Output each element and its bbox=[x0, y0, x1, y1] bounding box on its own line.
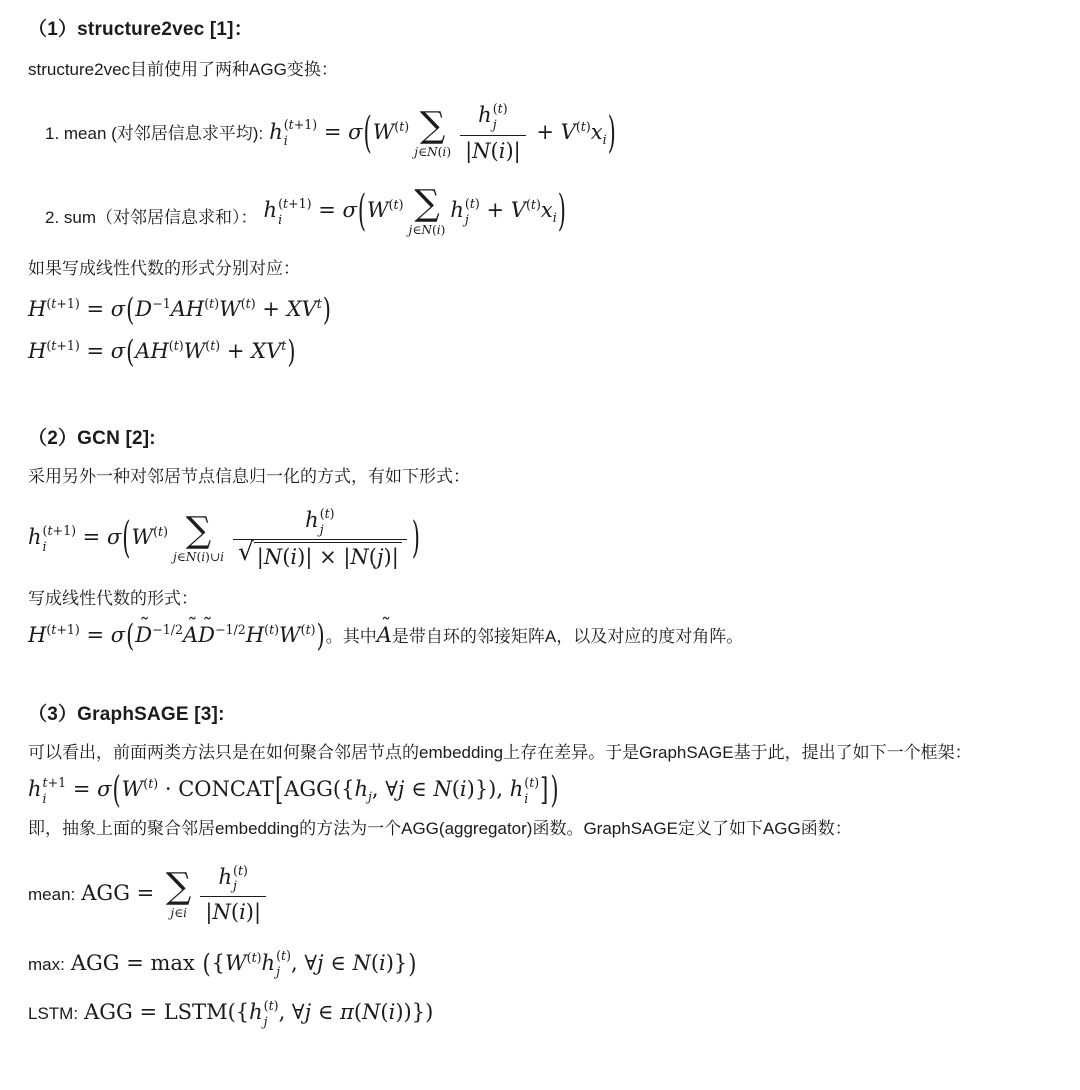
section-2-intro: 采用另外一种对邻居节点信息归一化的方式，有如下形式： bbox=[28, 464, 1050, 490]
formula-row-gcn: h(t+1)i = σ(W(t)∑j∈N(i)∪ih(t)j√|N(i)| × … bbox=[28, 498, 1050, 580]
formula-gcn-linear: H(t+1) = σ(D˜−1/2A˜D˜−1/2H(t)W(t)) bbox=[28, 623, 326, 647]
formula-linear-mean: H(t+1) = σ(D−1AH(t)W(t) + XVt) bbox=[28, 297, 332, 321]
formula-row-agg-mean: mean:AGG = ∑j∈ih(t)j|N(i)| bbox=[28, 855, 1050, 935]
formula-row-linear-sum: H(t+1) = σ(AH(t)W(t) + XVt) bbox=[28, 335, 1050, 367]
formula-agg-mean: AGG = ∑j∈ih(t)j|N(i)| bbox=[81, 881, 270, 905]
formula-gcn: h(t+1)i = σ(W(t)∑j∈N(i)∪ih(t)j√|N(i)| × … bbox=[28, 525, 421, 549]
section-3-paragraph-2: 即，抽象上面的聚合邻居embedding的方法为一个AGG(aggregator… bbox=[28, 816, 1050, 842]
formula-row-agg-max: max:AGG = max ({W(t)h(t)j, ∀j ∈ N(i)}) bbox=[28, 944, 1050, 983]
formula-agg-max: AGG = max ({W(t)h(t)j, ∀j ∈ N(i)}) bbox=[71, 951, 418, 975]
section-3-intro: 可以看出，前面两类方法只是在如何聚合邻居节点的embedding上存在差异。于是… bbox=[28, 736, 1050, 771]
formula-row-mean: 1. mean (对邻居信息求平均):h(t+1)i = σ(W(t)∑j∈N(… bbox=[45, 93, 1050, 173]
item-label-mean: 1. mean (对邻居信息求平均): bbox=[45, 124, 263, 143]
agg-label-lstm: LSTM: bbox=[28, 1004, 78, 1023]
formula-sum: h(t+1)i = σ(W(t)∑j∈N(i)h(t)j + V(t)xi) bbox=[264, 187, 567, 236]
agg-label-mean: mean: bbox=[28, 885, 75, 904]
document: （1）structure2vec [1]： structure2vec目前使用了… bbox=[0, 0, 1080, 1090]
section-1-heading: （1）structure2vec [1]： bbox=[28, 14, 1050, 41]
section-3-heading: （3）GraphSAGE [3]: bbox=[28, 699, 1050, 726]
formula-row-agg-lstm: LSTM:AGG = LSTM({h(t)j, ∀j ∈ π(N(i))}) bbox=[28, 994, 1050, 1033]
section-2-heading: （2）GCN [2]: bbox=[28, 423, 1050, 450]
formula-row-sum: 2. sum（对邻居信息求和）：h(t+1)i = σ(W(t)∑j∈N(i)h… bbox=[45, 179, 1050, 244]
gcn-linear-note: 。其中A˜是带自环的邻接矩阵A，以及对应的度对角阵。 bbox=[326, 627, 744, 646]
section-1-linalg-intro: 如果写成线性代数的形式分别对应： bbox=[28, 256, 1050, 282]
item-label-sum: 2. sum（对邻居信息求和）： bbox=[45, 208, 258, 227]
section-1-intro: structure2vec目前使用了两种AGG变换： bbox=[28, 57, 1050, 83]
formula-agg-lstm: AGG = LSTM({h(t)j, ∀j ∈ π(N(i))}) bbox=[84, 1000, 433, 1024]
formula-linear-sum: H(t+1) = σ(AH(t)W(t) + XVt) bbox=[28, 339, 297, 363]
agg-label-max: max: bbox=[28, 955, 65, 974]
formula-mean: h(t+1)i = σ(W(t)∑j∈N(i)h(t)j|N(i)| + V(t… bbox=[269, 120, 617, 144]
formula-row-linear-mean: H(t+1) = σ(D−1AH(t)W(t) + XVt) bbox=[28, 293, 1050, 325]
section-2-linalg-intro: 写成线性代数的形式： bbox=[28, 586, 1050, 612]
formula-graphsage-framework: ht+1i = σ(W(t) · CONCAT[AGG({hj, ∀j ∈ N(… bbox=[28, 777, 560, 801]
formula-row-gcn-linear: H(t+1) = σ(D˜−1/2A˜D˜−1/2H(t)W(t))。其中A˜是… bbox=[28, 618, 1050, 651]
formula-row-graphsage-framework: ht+1i = σ(W(t) · CONCAT[AGG({hj, ∀j ∈ N(… bbox=[28, 771, 1050, 810]
